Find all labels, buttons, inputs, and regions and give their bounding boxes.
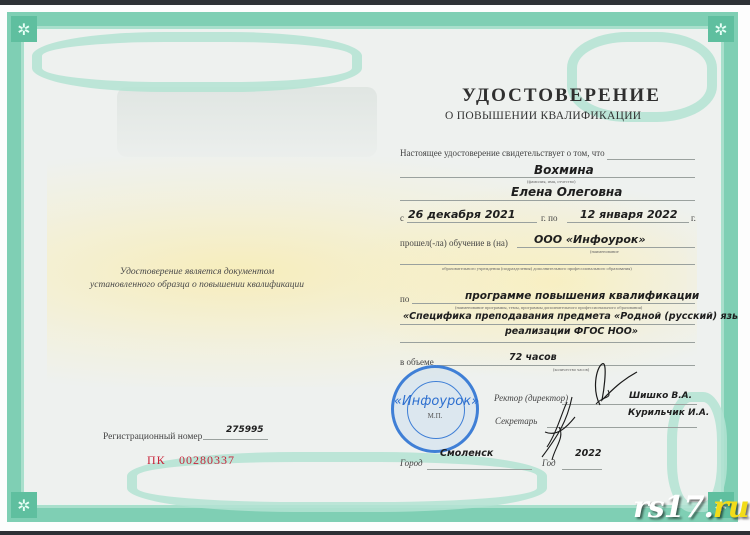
organization: ООО «Инфоурок» xyxy=(534,233,646,246)
secretary-label: Секретарь xyxy=(495,416,537,426)
underline xyxy=(400,264,695,265)
corner-rosette-icon: ✲ xyxy=(708,16,734,42)
year: 2022 xyxy=(575,448,601,459)
program-name-line2: реализации ФГОС НОО» xyxy=(505,326,638,337)
left-note-line1: Удостоверение является документом xyxy=(77,266,317,279)
rector-signature xyxy=(582,360,642,410)
serial-number: 00280337 xyxy=(179,453,235,468)
underline xyxy=(400,324,695,325)
underline xyxy=(412,303,695,304)
series: ПК xyxy=(147,453,166,468)
from-prefix: с xyxy=(400,213,404,223)
hours: 72 часов xyxy=(509,352,557,363)
underline xyxy=(437,365,695,366)
corner-rosette-icon: ✲ xyxy=(11,16,37,42)
watermark-part2: ru xyxy=(713,490,749,525)
surname: Вохмина xyxy=(534,163,594,177)
program-name-line1: «Специфика преподавания предмета «Родной… xyxy=(403,311,738,322)
name-caption: (фамилия, имя, отчество) xyxy=(527,179,576,184)
watermark-part1: rs17. xyxy=(633,490,713,525)
border-wave xyxy=(567,32,717,122)
document-title: УДОСТОВЕРЕНИЕ xyxy=(462,85,661,107)
program-prefix: по xyxy=(400,294,409,304)
year-suffix: г. xyxy=(691,213,696,223)
underline xyxy=(400,200,695,201)
given-names: Елена Олеговна xyxy=(511,185,622,199)
underline xyxy=(517,247,695,248)
underline xyxy=(400,342,695,343)
official-stamp: «Инфоурок» М.П. xyxy=(391,365,479,453)
intro-text: Настоящее удостоверение свидетельствует … xyxy=(400,148,605,158)
org-caption: (наименование xyxy=(590,249,619,254)
date-separator: г. по xyxy=(541,213,558,223)
site-watermark: rs17.ru xyxy=(633,490,749,525)
studied-label: прошел(-ла) обучение в (на) xyxy=(400,238,508,248)
underline xyxy=(562,469,602,470)
stamp-mp: М.П. xyxy=(394,412,476,420)
underline xyxy=(427,469,532,470)
border-wave xyxy=(32,32,362,92)
underline xyxy=(203,439,268,440)
date-to: 12 января 2022 xyxy=(580,208,678,221)
left-note-line2: установленного образца о повышении квали… xyxy=(77,279,317,292)
underline xyxy=(567,222,689,223)
city-label: Город xyxy=(400,458,423,468)
underline xyxy=(607,159,695,160)
document-subtitle: О ПОВЫШЕНИИ КВАЛИФИКАЦИИ xyxy=(445,110,641,122)
stamp-center-text: «Инфоурок» xyxy=(394,394,476,409)
program-caption: (наименование программы, темы, программы… xyxy=(455,305,642,310)
certificate: ✲ ✲ ✲ ✲ УДОСТОВЕРЕНИЕ О ПОВЫШЕНИИ КВАЛИФ… xyxy=(7,12,738,522)
city: Смоленск xyxy=(440,448,493,459)
stamp-inner-ring xyxy=(407,381,465,439)
reg-number: 275995 xyxy=(226,425,264,435)
org-caption-2: образовательного учреждения (подразделен… xyxy=(442,266,632,271)
date-from: 26 декабря 2021 xyxy=(408,208,515,221)
reg-label: Регистрационный номер xyxy=(103,432,202,442)
underline xyxy=(400,177,695,178)
corner-rosette-icon: ✲ xyxy=(11,492,37,518)
year-label: Год xyxy=(542,458,556,468)
underline xyxy=(407,222,537,223)
program-type: программе повышения квалификации xyxy=(465,290,699,302)
